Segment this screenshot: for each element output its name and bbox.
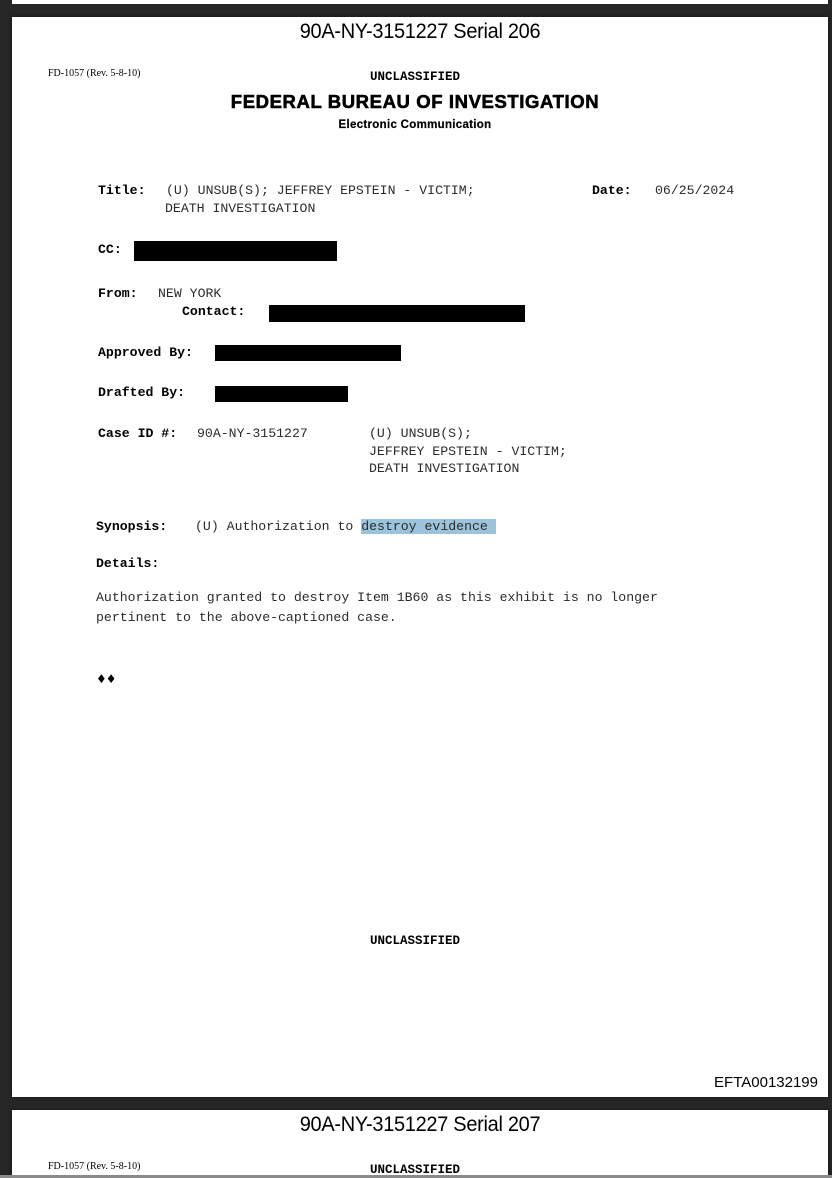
redaction-contact (269, 305, 525, 322)
serial-header: 90A-NY-3151227 Serial 207 (32, 1113, 807, 1137)
bates-number: EFTA00132199 (714, 1074, 818, 1091)
approved-by-label: Approved By: (98, 345, 193, 360)
title-label: Title: (98, 183, 145, 198)
redaction-approved-by (215, 345, 401, 361)
details-line-1: Authorization granted to destroy Item 1B… (96, 590, 658, 605)
document-page-serial-207: 90A-NY-3151227 Serial 207 FD-1057 (Rev. … (12, 1110, 828, 1175)
selected-text-highlight[interactable]: destroy evidence (361, 519, 496, 534)
title-line-2: DEATH INVESTIGATION (165, 201, 315, 216)
serial-header: 90A-NY-3151227 Serial 206 (32, 20, 807, 44)
title-line-1: (U) UNSUB(S); JEFFREY EPSTEIN - VICTIM; (166, 183, 475, 198)
synopsis-text[interactable]: (U) Authorization to destroy evidence (195, 519, 496, 534)
date-label: Date: (592, 183, 632, 198)
date-value: 06/25/2024 (655, 183, 734, 198)
agency-title: FEDERAL BUREAU OF INVESTIGATION (12, 91, 818, 113)
synopsis-label: Synopsis: (96, 519, 167, 534)
from-value: NEW YORK (158, 286, 221, 301)
from-label: From: (98, 286, 138, 301)
case-id-value: 90A-NY-3151227 (197, 426, 308, 441)
case-id-label: Case ID #: (98, 426, 177, 441)
case-caption-line-2: JEFFREY EPSTEIN - VICTIM; (369, 444, 567, 459)
synopsis-prefix: (U) Authorization to (195, 519, 361, 534)
previous-page-edge (12, 0, 828, 4)
end-marker-diamonds: ♦♦ (96, 672, 116, 686)
cc-label: CC: (98, 242, 122, 257)
details-line-2: pertinent to the above-captioned case. (96, 610, 397, 625)
document-type: Electronic Communication (12, 119, 818, 131)
contact-label: Contact: (182, 304, 245, 319)
document-page-serial-206: 90A-NY-3151227 Serial 206 FD-1057 (Rev. … (12, 17, 828, 1097)
redaction-cc (134, 241, 337, 261)
case-caption-line-1: (U) UNSUB(S); (369, 426, 472, 441)
redaction-drafted-by (215, 386, 348, 402)
classification-bottom: UNCLASSIFIED (12, 934, 818, 948)
case-caption-line-3: DEATH INVESTIGATION (369, 461, 519, 476)
classification-top: UNCLASSIFIED (12, 1163, 818, 1175)
drafted-by-label: Drafted By: (98, 385, 185, 400)
details-label: Details: (96, 556, 159, 571)
classification-top: UNCLASSIFIED (12, 70, 818, 84)
